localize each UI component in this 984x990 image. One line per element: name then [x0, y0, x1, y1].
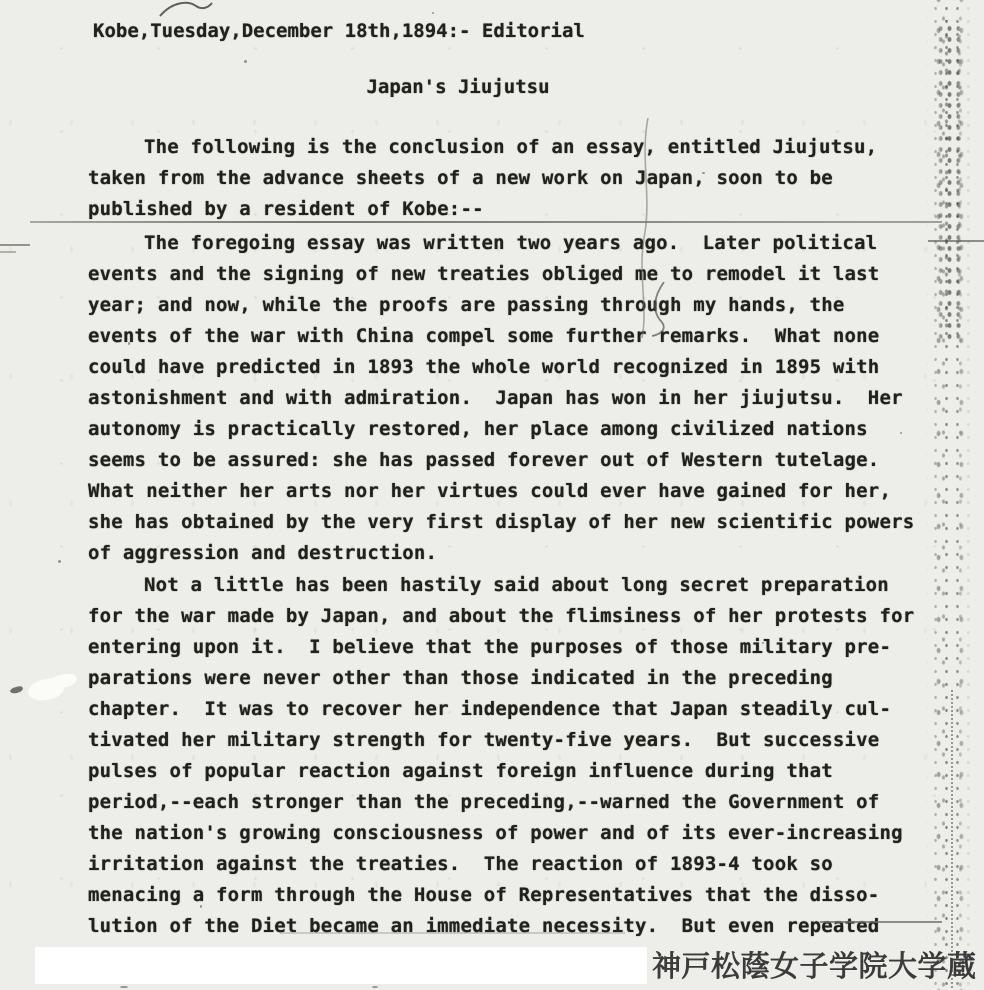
typewritten-line: of aggression and destruction. — [88, 538, 940, 569]
typewritten-line: lution of the Diet became an immediate n… — [88, 911, 940, 942]
typewritten-line: could have predicted in 1893 the whole w… — [88, 352, 940, 383]
typewritten-line: the nation's growing consciousness of po… — [88, 818, 940, 849]
scan-speck — [762, 642, 764, 644]
typewritten-line: taken from the advance sheets of a new w… — [88, 163, 940, 194]
scan-dash — [820, 921, 942, 923]
library-credit: 神戸松蔭女子学院大学蔵 — [652, 944, 982, 985]
paragraph-intro: The following is the conclusion of an es… — [88, 132, 940, 225]
typewritten-line: events of the war with China compel some… — [88, 321, 940, 352]
scan-speck — [432, 12, 434, 14]
scan-speck — [120, 986, 128, 988]
typewritten-line: What neither her arts nor her virtues co… — [88, 476, 940, 507]
typewritten-line: Not a little has been hastily said about… — [88, 570, 940, 601]
whiteout-blob — [27, 677, 66, 703]
typewritten-line: entering upon it. I believe that the pur… — [88, 632, 940, 663]
scan-speck — [128, 342, 130, 345]
redaction-bar — [35, 947, 647, 984]
typewritten-line: menacing a form through the House of Rep… — [88, 880, 940, 911]
typewritten-line: year; and now, while the proofs are pass… — [88, 290, 940, 321]
scan-speck — [900, 432, 902, 434]
typewritten-line: pulses of popular reaction against forei… — [88, 756, 940, 787]
scan-dash — [0, 244, 30, 246]
scan-dash — [0, 251, 16, 253]
typewritten-line: chapter. It was to recover her independe… — [88, 694, 940, 725]
dateline: Kobe,Tuesday,December 18th,1894:- Editor… — [93, 20, 585, 42]
typewritten-line: astonishment and with admiration. Japan … — [88, 383, 940, 414]
typewritten-line: period,--each stronger than the precedin… — [88, 787, 940, 818]
scan-speck — [244, 60, 247, 63]
typewritten-line: parations were never other than those in… — [88, 663, 940, 694]
typewritten-line: she has obtained by the very first displ… — [88, 507, 940, 538]
pen-squiggle — [158, 0, 214, 20]
ink-blot — [9, 685, 23, 694]
scan-speck — [200, 905, 202, 908]
typewritten-line: irritation against the treaties. The rea… — [88, 849, 940, 880]
typewritten-line: tivated her military strength for twenty… — [88, 725, 940, 756]
scan-speck — [58, 560, 61, 563]
scan-speck — [702, 172, 705, 174]
horizontal-scan-rule — [30, 221, 942, 223]
typewritten-line: seems to be assured: she has passed fore… — [88, 445, 940, 476]
scan-smudge-line — [280, 932, 625, 934]
paragraph-war-preparation: Not a little has been hastily said about… — [88, 570, 940, 942]
scanned-document-page: Kobe,Tuesday,December 18th,1894:- Editor… — [0, 0, 984, 990]
typewritten-line: The following is the conclusion of an es… — [88, 132, 940, 163]
typewritten-line: for the war made by Japan, and about the… — [88, 601, 940, 632]
typewritten-line: autonomy is practically restored, her pl… — [88, 414, 940, 445]
typewritten-line: The foregoing essay was written two year… — [88, 228, 940, 259]
paragraph-essay-conclusion: The foregoing essay was written two year… — [88, 228, 940, 569]
scan-speck — [372, 986, 378, 988]
document-title: Japan's Jiujutsu — [0, 76, 916, 98]
typewritten-line: events and the signing of new treaties o… — [88, 259, 940, 290]
